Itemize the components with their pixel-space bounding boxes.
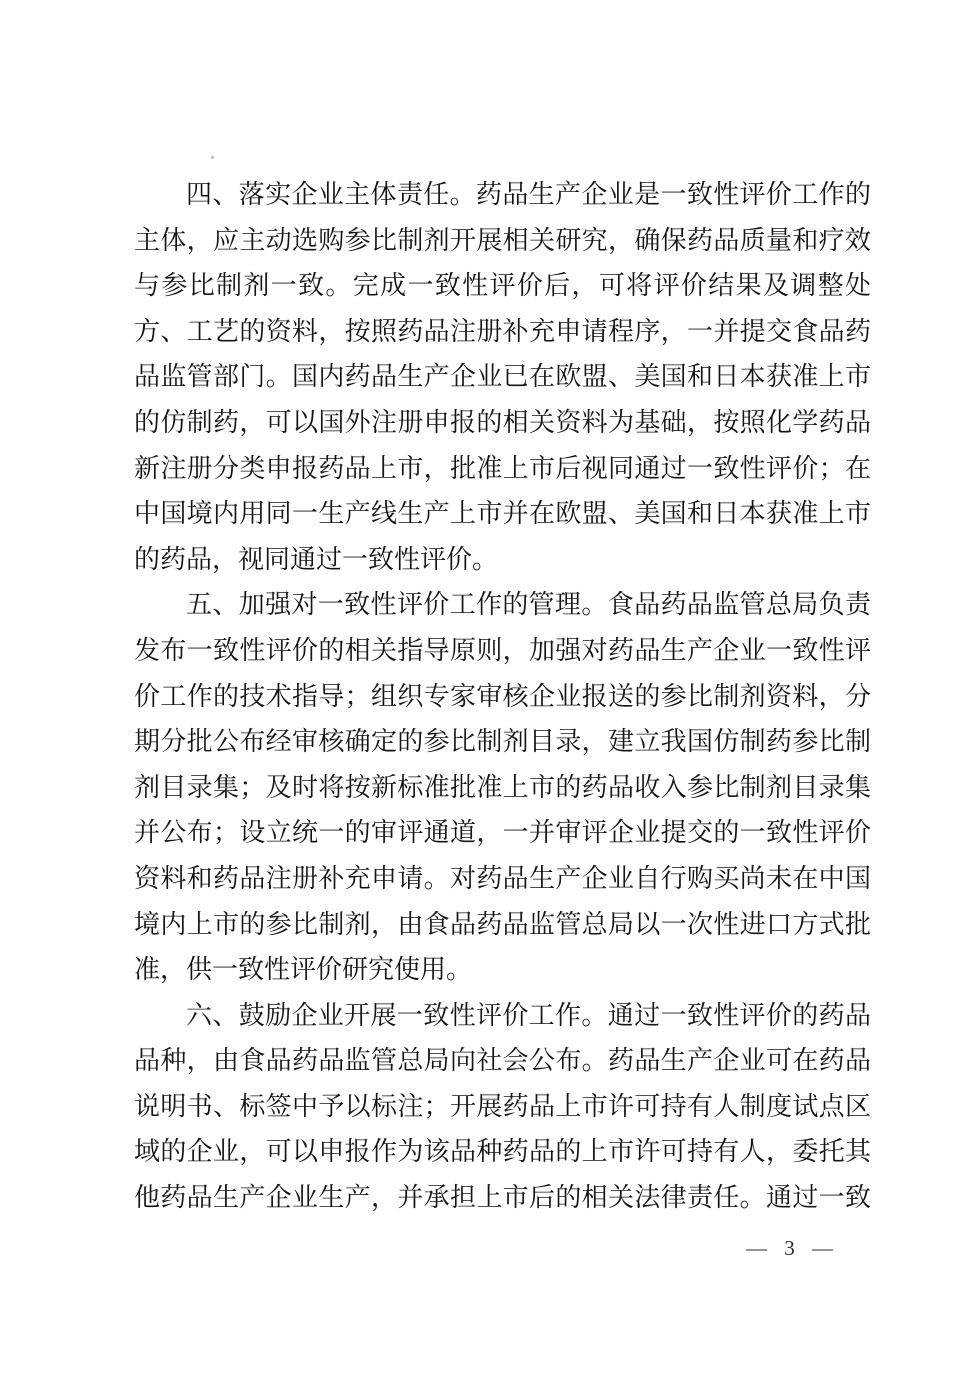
text-line: 价工作的技术指导；组织专家审核企业报送的参比制剂资料，分 — [134, 674, 871, 720]
text-line: 中国境内用同一生产线生产上市并在欧盟、美国和日本获准上市 — [134, 491, 871, 537]
text-line: 境内上市的参比制剂，由食品药品监管总局以一次性进口方式批 — [134, 902, 871, 948]
text-line: 新注册分类申报药品上市，批准上市后视同通过一致性评价；在 — [134, 446, 871, 492]
text-line: 与参比制剂一致。完成一致性评价后，可将评价结果及调整处 — [134, 263, 871, 309]
text-line: 五、加强对一致性评价工作的管理。食品药品监管总局负责 — [134, 582, 871, 628]
scan-artifact-dot — [211, 156, 214, 159]
text-line: 剂目录集；及时将按新标准批准上市的药品收入参比制剂目录集 — [134, 765, 871, 811]
text-line: 他药品生产企业生产，并承担上市后的相关法律责任。通过一致 — [134, 1175, 871, 1221]
document-page: 四、落实企业主体责任。药品生产企业是一致性评价工作的主体，应主动选购参比制剂开展… — [0, 0, 979, 1393]
text-line: 主体，应主动选购参比制剂开展相关研究，确保药品质量和疗效 — [134, 218, 871, 264]
text-line: 说明书、标签中予以标注；开展药品上市许可持有人制度试点区 — [134, 1084, 871, 1130]
text-line: 资料和药品注册补充申请。对药品生产企业自行购买尚未在中国 — [134, 856, 871, 902]
text-line: 域的企业，可以申报作为该品种药品的上市许可持有人，委托其 — [134, 1129, 871, 1175]
text-line: 期分批公布经审核确定的参比制剂目录，建立我国仿制药参比制 — [134, 719, 871, 765]
page-number: — 3 — — [746, 1236, 839, 1261]
text-line: 六、鼓励企业开展一致性评价工作。通过一致性评价的药品 — [134, 993, 871, 1039]
text-line: 四、落实企业主体责任。药品生产企业是一致性评价工作的 — [134, 172, 871, 218]
text-line: 品种，由食品药品监管总局向社会公布。药品生产企业可在药品 — [134, 1038, 871, 1084]
text-line: 的药品，视同通过一致性评价。 — [134, 537, 871, 583]
document-body: 四、落实企业主体责任。药品生产企业是一致性评价工作的主体，应主动选购参比制剂开展… — [134, 172, 871, 1221]
text-line: 准，供一致性评价研究使用。 — [134, 947, 871, 993]
text-line: 的仿制药，可以国外注册申报的相关资料为基础，按照化学药品 — [134, 400, 871, 446]
text-line: 品监管部门。国内药品生产企业已在欧盟、美国和日本获准上市 — [134, 354, 871, 400]
text-line: 并公布；设立统一的审评通道，一并审评企业提交的一致性评价 — [134, 810, 871, 856]
text-line: 方、工艺的资料，按照药品注册补充申请程序，一并提交食品药 — [134, 309, 871, 355]
text-line: 发布一致性评价的相关指导原则，加强对药品生产企业一致性评 — [134, 628, 871, 674]
